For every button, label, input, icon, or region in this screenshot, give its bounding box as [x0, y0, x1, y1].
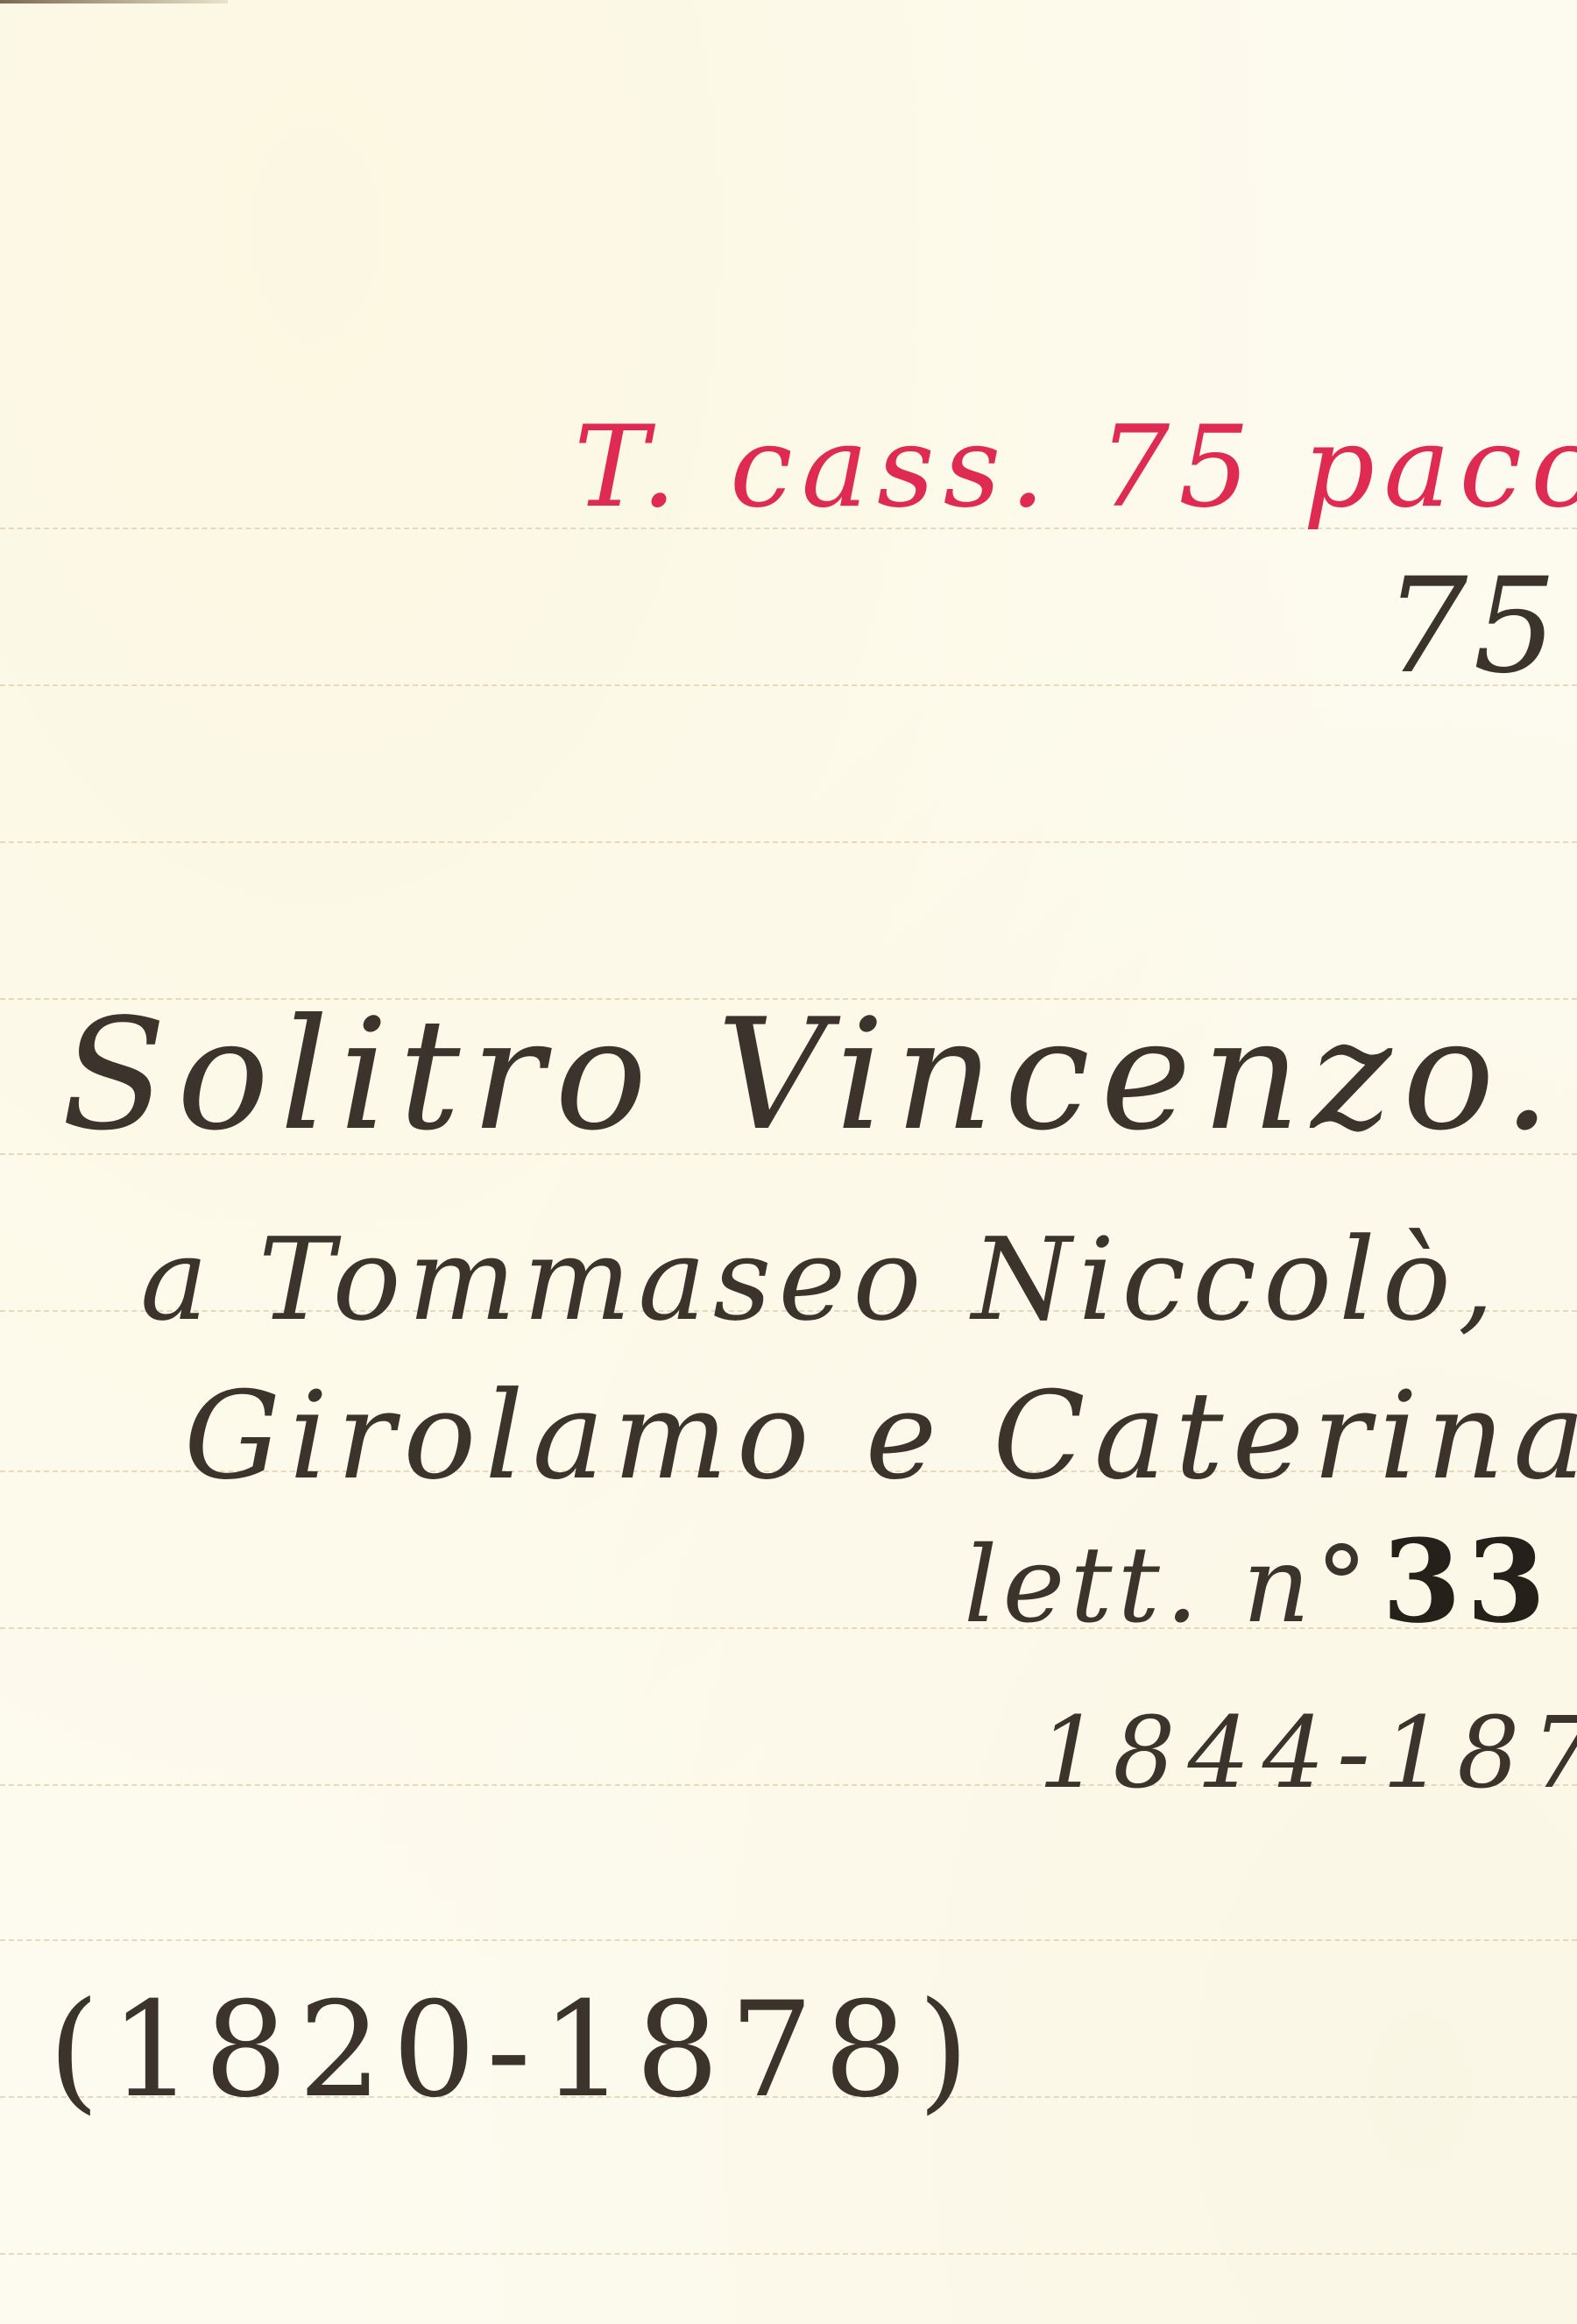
- ruled-line: [0, 684, 1577, 686]
- archive-reference-secondary: 75: [1384, 561, 1562, 692]
- date-range: 1844-1875: [1038, 1704, 1577, 1803]
- ruled-line: [0, 1939, 1577, 1941]
- lifespan: (1820-1878): [48, 1985, 979, 2116]
- ruled-line: [0, 2253, 1577, 2255]
- recipients-line-2: Girolamo e Caterina: [184, 1376, 1577, 1497]
- card-edge-stain: [0, 0, 228, 4]
- letter-count-label: lett. n°: [964, 1525, 1373, 1647]
- letter-count-value: 33: [1382, 1514, 1551, 1648]
- index-card: T. cass. 75 pacco 130. 75 Solitro Vincen…: [0, 0, 1577, 2324]
- letter-count: lett. n°33: [964, 1525, 1551, 1639]
- recipients-line-1: a Tommaseo Niccolò,: [140, 1222, 1501, 1336]
- correspondent-name: Solitro Vincenzo.: [61, 999, 1562, 1152]
- archive-reference: T. cass. 75 pacco 130.: [574, 412, 1577, 524]
- ruled-line: [0, 841, 1577, 843]
